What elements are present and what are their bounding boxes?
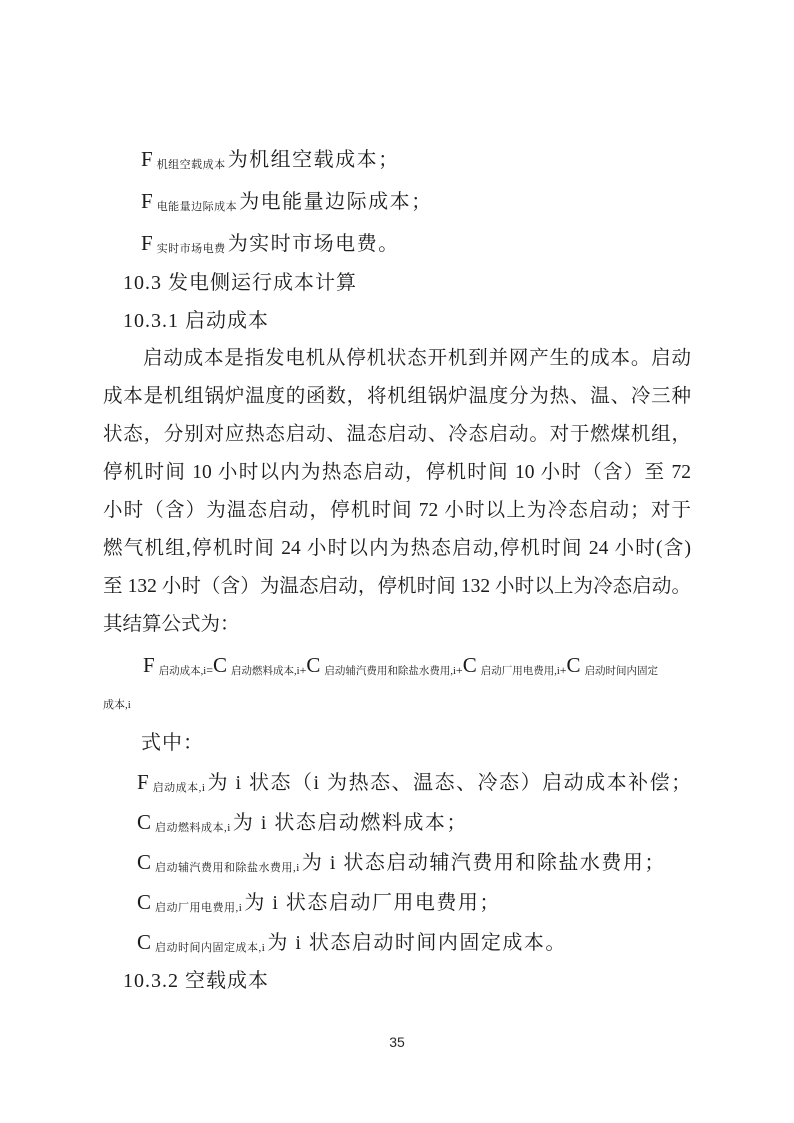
symbol-letter: C: [137, 890, 151, 914]
definition-line: C启动辅汽费用和除盐水费用,i为 i 状态启动辅汽费用和除盐水费用；: [137, 842, 691, 882]
symbol-subscript: 电能量边际成本: [157, 201, 238, 213]
startup-cost-formula: F启动成本,i=C启动燃料成本,i+C启动辅汽费用和除盐水费用,i+C启动厂用电…: [103, 644, 691, 724]
page-number: 35: [0, 1034, 794, 1050]
symbol-subscript-carryover: 成本,i: [103, 699, 131, 711]
symbol-subscript: 实时市场电费: [157, 243, 226, 255]
symbol-letter: C: [137, 930, 151, 954]
paragraph-line: 停机时间 10 小时以内为热态启动，停机时间 10 小时（含）至 72: [103, 454, 691, 492]
document-page: F机组空载成本为机组空载成本； F电能量边际成本为电能量边际成本； F实时市场电…: [0, 0, 794, 1123]
section-heading-10-3-1: 10.3.1 启动成本: [123, 302, 691, 340]
formula-line-2: 成本,i: [103, 686, 691, 724]
definition-line: F机组空载成本为机组空载成本；: [141, 138, 691, 180]
paragraph-line: 启动成本是指发电机从停机状态开机到并网产生的成本。启动: [103, 340, 691, 378]
formula-operator: +: [456, 663, 463, 677]
definition-line: C启动燃料成本,i为 i 状态启动燃料成本；: [137, 802, 691, 842]
formula-operator: +: [300, 663, 307, 677]
formula-operator: +: [560, 663, 567, 677]
formula-operator: =: [206, 663, 213, 677]
definition-text: 为 i 状态启动辅汽费用和除盐水费用；: [302, 852, 666, 874]
symbol-subscript: 启动辅汽费用和除盐水费用,i: [324, 666, 456, 677]
symbol-letter: C: [306, 653, 320, 677]
symbol-subscript: 启动燃料成本,i: [231, 666, 300, 677]
paragraph-line: 状态，分别对应热态启动、温态启动、冷态启动。对于燃煤机组，: [103, 416, 691, 454]
definition-line: F启动成本,i为 i 状态（i 为热态、温态、冷态）启动成本补偿；: [137, 762, 691, 802]
definition-text: 为 i 状态启动时间内固定成本。: [267, 932, 567, 954]
section-heading-10-3-2: 10.3.2 空载成本: [123, 962, 691, 1000]
paragraph-line: 燃气机组,停机时间 24 小时以内为热态启动,停机时间 24 小时(含): [103, 530, 691, 568]
symbol-definitions-bottom: F启动成本,i为 i 状态（i 为热态、温态、冷态）启动成本补偿； C启动燃料成…: [103, 762, 691, 962]
symbol-subscript: 启动燃料成本,i: [155, 822, 231, 834]
definition-text: 为电能量边际成本；: [239, 191, 433, 213]
symbol-letter: C: [137, 850, 151, 874]
paragraph-line: 成本是机组锅炉温度的函数，将机组锅炉温度分为热、温、冷三种: [103, 378, 691, 416]
formula-term: +C启动时间内固定: [560, 659, 658, 676]
definition-line: C启动时间内固定成本,i为 i 状态启动时间内固定成本。: [137, 922, 691, 962]
definition-text: 为机组空载成本；: [228, 149, 400, 171]
symbol-subscript: 启动成本,i: [153, 782, 206, 794]
symbol-subscript: 启动成本,i: [159, 666, 207, 677]
symbol-subscript: 机组空载成本: [157, 159, 226, 171]
section-heading-10-3: 10.3 发电侧运行成本计算: [123, 264, 691, 302]
document-content: F机组空载成本为机组空载成本； F电能量边际成本为电能量边际成本； F实时市场电…: [103, 138, 691, 1000]
definition-text: 为 i 状态启动燃料成本；: [233, 812, 468, 834]
definition-line: F电能量边际成本为电能量边际成本；: [141, 180, 691, 222]
symbol-letter: C: [567, 653, 581, 677]
formula-term: +C启动厂用电费用,i: [456, 659, 560, 676]
symbol-letter: F: [141, 147, 153, 171]
symbol-subscript: 启动厂用电费用,i: [481, 666, 560, 677]
symbol-subscript: 启动辅汽费用和除盐水费用,i: [155, 862, 300, 874]
formula-term: +C启动辅汽费用和除盐水费用,i: [300, 659, 456, 676]
where-label: 式中：: [141, 724, 691, 762]
symbol-definitions-top: F机组空载成本为机组空载成本； F电能量边际成本为电能量边际成本； F实时市场电…: [103, 138, 691, 264]
paragraph-line: 其结算公式为：: [103, 606, 691, 644]
paragraph-line: 小时（含）为温态启动，停机时间 72 小时以上为冷态启动；对于: [103, 492, 691, 530]
definition-line: C启动厂用电费用,i为 i 状态启动厂用电费用；: [137, 882, 691, 922]
formula-term: F启动成本,i: [143, 659, 206, 676]
symbol-letter: C: [137, 810, 151, 834]
symbol-letter: F: [141, 189, 153, 213]
symbol-letter: F: [141, 231, 153, 255]
symbol-subscript: 启动厂用电费用,i: [155, 902, 242, 914]
definition-text: 为 i 状态启动厂用电费用；: [244, 892, 501, 914]
paragraph-line: 至 132 小时（含）为温态启动，停机时间 132 小时以上为冷态启动。: [103, 568, 691, 606]
symbol-subscript: 启动时间内固定成本,i: [155, 942, 265, 954]
definition-text: 为 i 状态（i 为热态、温态、冷态）启动成本补偿；: [208, 772, 693, 794]
symbol-letter: C: [213, 653, 227, 677]
formula-term: =C启动燃料成本,i: [206, 659, 299, 676]
symbol-letter: F: [143, 653, 155, 677]
definition-text: 为实时市场电费。: [228, 233, 400, 255]
symbol-subscript: 启动时间内固定: [585, 666, 659, 677]
startup-cost-paragraph: 启动成本是指发电机从停机状态开机到并网产生的成本。启动 成本是机组锅炉温度的函数…: [103, 340, 691, 644]
formula-line-1: F启动成本,i=C启动燃料成本,i+C启动辅汽费用和除盐水费用,i+C启动厂用电…: [143, 644, 691, 686]
symbol-letter: F: [137, 770, 149, 794]
definition-line: F实时市场电费为实时市场电费。: [141, 222, 691, 264]
symbol-letter: C: [463, 653, 477, 677]
